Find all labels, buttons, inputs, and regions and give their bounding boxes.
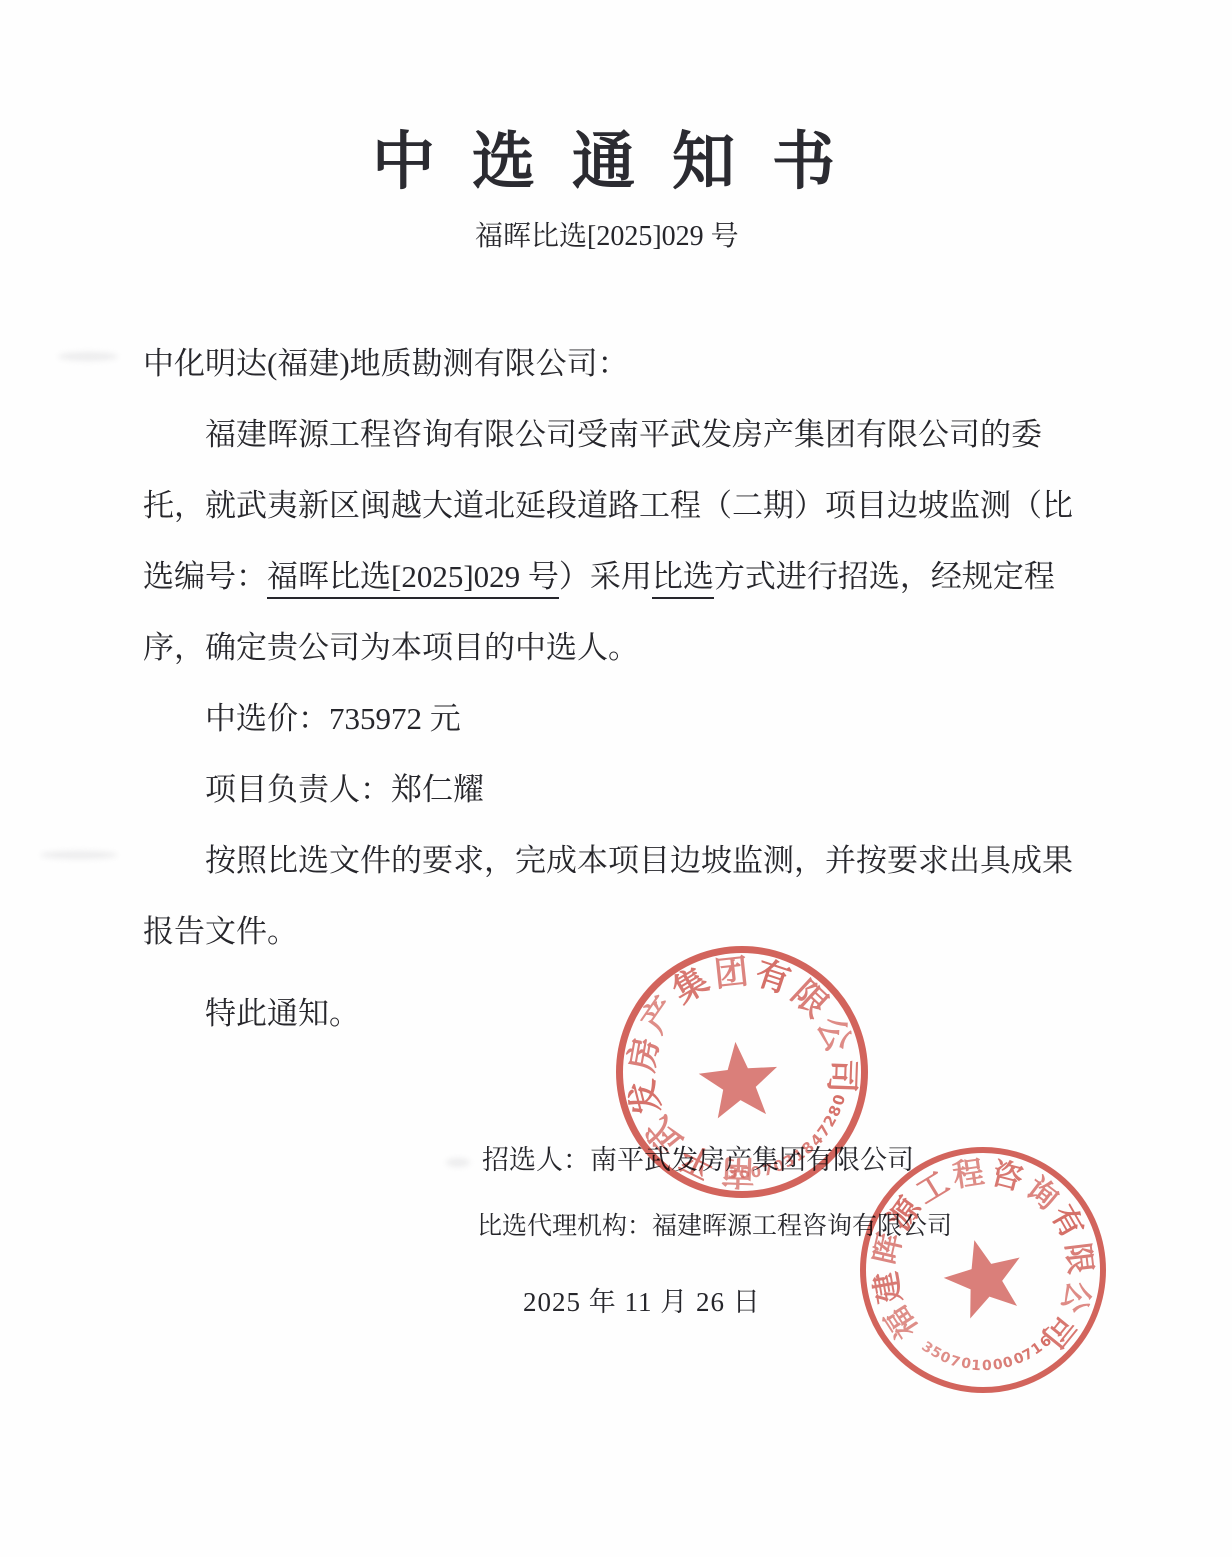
agency-line: 比选代理机构：福建晖源工程咨询有限公司 [477, 1212, 952, 1242]
notice-body: 中化明达(福建)地质勘测有限公司：福建晖源工程咨询有限公司受南平武发房产集团有限… [143, 328, 1093, 1049]
seal-serial-digit: 0 [982, 1358, 992, 1374]
seal-serial-digit: 0 [1011, 1350, 1026, 1368]
body-line: 中选价：735972 元 [143, 683, 1093, 754]
seal-company-char: 福 [872, 1299, 927, 1350]
body-text: 项目负责人：郑仁耀 [205, 772, 484, 807]
seal-company-char: 发 [614, 1075, 670, 1120]
body-text: 中化明达(福建)地质勘测有限公司： [143, 346, 629, 381]
body-line: 报告文件。 [143, 896, 1093, 967]
date-line: 2025 年 11 月 26 日 [523, 1286, 761, 1318]
seal-serial-digit: 7 [948, 1353, 962, 1371]
seal-serial-digit: 5 [927, 1344, 943, 1363]
scan-smudge [58, 352, 118, 361]
seal-company-char: 司 [820, 1058, 870, 1094]
selector-line: 招选人：南平武发房产集团有限公司 [482, 1144, 914, 1176]
seal-company-char: 建 [860, 1268, 910, 1306]
body-text: 福建晖源工程咨询有限公司受南平武发房产集团有限公司的委 [205, 417, 1042, 452]
seal-serial-digit: 3 [918, 1338, 935, 1357]
seal-company-char: 限 [1058, 1240, 1106, 1276]
scan-smudge [40, 851, 118, 859]
body-text: 序，确定贵公司为本项目的中选人。 [143, 630, 639, 665]
seal-ring [860, 1147, 1106, 1393]
body-text: 按照比选文件的要求，完成本项目边坡监测，并按要求出具成果 [205, 843, 1073, 878]
seal-serial-digit: 7 [814, 1122, 835, 1141]
seal-company-char: 询 [1018, 1163, 1070, 1218]
seal-company-char: 司 [1033, 1307, 1087, 1359]
seal-serial-digit: 1 [1029, 1340, 1046, 1359]
body-line: 特此通知。 [143, 978, 1093, 1049]
seal-company-char: 有 [1043, 1196, 1097, 1245]
seal-company-char: 公 [1053, 1277, 1105, 1319]
body-text: 托，就武夷新区闽越大道北延段道路工程（二期）项目边坡监测（比 [143, 488, 1073, 523]
body-text: 特此通知。 [205, 996, 360, 1031]
body-text: ）采用 [559, 559, 652, 594]
body-line: 序，确定贵公司为本项目的中选人。 [143, 612, 1093, 683]
star-icon [692, 1036, 785, 1129]
seal-serial-digit: 0 [1002, 1354, 1016, 1372]
body-text: 方式进行招选，经规定程 [714, 559, 1055, 594]
body-line: 按照比选文件的要求，完成本项目边坡监测，并按要求出具成果 [143, 825, 1093, 896]
body-text: 报告文件。 [143, 914, 298, 949]
agency-company-seal: 福建晖源工程咨询有限公司3507010000716 [860, 1147, 1106, 1393]
seal-serial-digit: 7 [1020, 1345, 1036, 1364]
seal-serial-digit: 2 [820, 1112, 841, 1130]
underlined-text: 福晖比选[2025]029 号 [267, 559, 559, 599]
seal-serial-digit: 0 [960, 1356, 972, 1373]
seal-company-char: 程 [950, 1147, 987, 1196]
page-title: 中选通知书 [372, 128, 872, 197]
seal-serial-digit: 0 [938, 1349, 953, 1368]
body-line: 托，就武夷新区闽越大道北延段道路工程（二期）项目边坡监测（比 [143, 470, 1093, 541]
body-line: 中化明达(福建)地质勘测有限公司： [143, 328, 1093, 399]
body-line: 项目负责人：郑仁耀 [143, 754, 1093, 825]
seal-company-char: 咨 [987, 1147, 1028, 1198]
seal-serial-digit: 6 [1037, 1333, 1055, 1351]
seal-serial-digit: 1 [971, 1357, 982, 1374]
body-text: 中选价：735972 元 [205, 701, 461, 736]
scan-smudge [446, 1158, 470, 1167]
scanned-notice-page: 中选通知书 福晖比选[2025]029 号 中化明达(福建)地质勘测有限公司：福… [0, 0, 1232, 1557]
underlined-text: 比选 [652, 559, 714, 599]
body-line: 选编号：福晖比选[2025]029 号）采用比选方式进行招选，经规定程 [143, 541, 1093, 612]
seal-serial-digit: 0 [829, 1092, 849, 1107]
seal-serial-digit: 8 [825, 1103, 846, 1120]
document-number: 福晖比选[2025]029 号 [475, 220, 739, 254]
seal-serial-digit: 0 [992, 1356, 1004, 1373]
star-icon [932, 1227, 1037, 1332]
body-line: 福建晖源工程咨询有限公司受南平武发房产集团有限公司的委 [143, 399, 1093, 470]
body-text: 选编号： [143, 559, 267, 594]
